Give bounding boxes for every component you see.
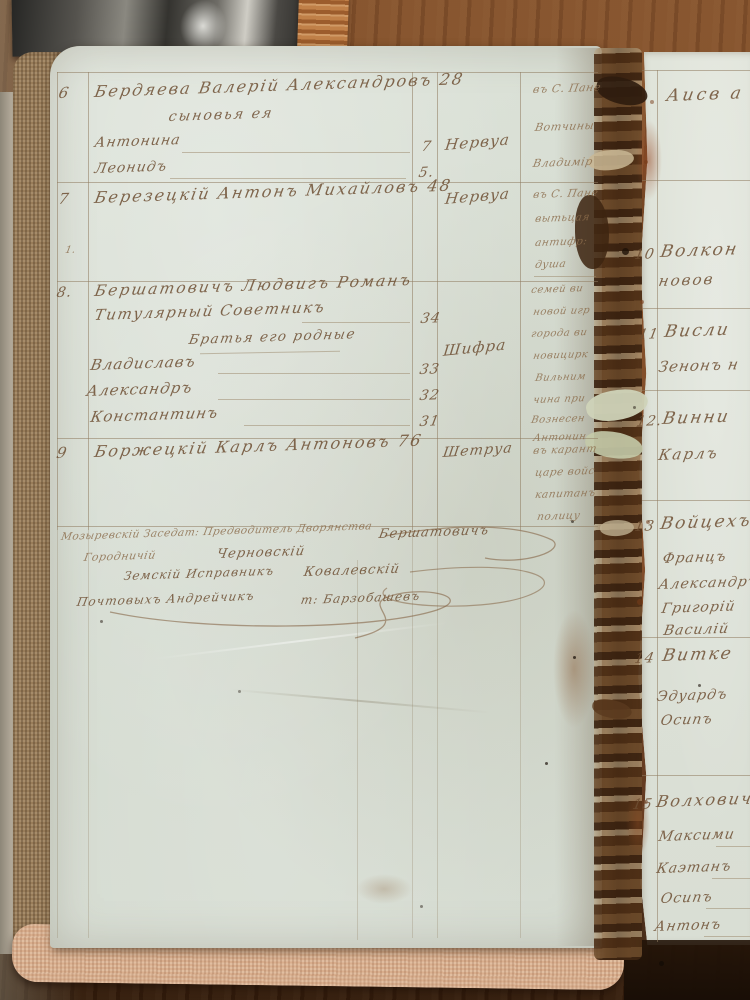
- ruled-dash: [302, 322, 410, 323]
- right-entry-15-line: Волхович: [655, 791, 750, 810]
- entry-6-remark: въ С. Пане: [532, 82, 602, 95]
- entry-8-brother-1: Владиславъ: [89, 354, 197, 373]
- rust-specks: [644, 160, 648, 164]
- signature-flourish: [55, 520, 595, 650]
- entry-8-remark: новой игр: [532, 306, 591, 318]
- right-entry-13-number: 13: [634, 519, 656, 534]
- entry-8-brother-3: Константинъ: [89, 406, 219, 425]
- right-entry-15-number: 15: [632, 797, 654, 812]
- ruled-dash: [534, 276, 596, 277]
- entry-8-age-3: 32: [419, 388, 441, 403]
- right-entry-14-number: 14: [634, 651, 656, 666]
- right-entry-15-line: Осипъ: [660, 890, 715, 906]
- ruled-dash: [704, 936, 750, 937]
- table-rule-h: [642, 70, 750, 71]
- entry-8-remark: семей ви: [530, 284, 584, 296]
- table-rule-h: [57, 72, 598, 73]
- table-rule-h: [642, 500, 750, 501]
- right-entry-12-number: 12.: [636, 414, 664, 429]
- right-entry-14-line: Витке: [661, 646, 734, 665]
- right-entry-10-line: Волкон: [659, 241, 740, 261]
- entry-6-child-2: Леонидъ: [94, 159, 169, 175]
- entry-8-remark: Антонин: [532, 432, 587, 444]
- ruled-dash: [244, 425, 410, 426]
- right-entry-13-line: Францъ: [662, 550, 728, 566]
- entry-9-remark: капитанъ: [534, 488, 596, 501]
- entry-9-remark: въ карант: [532, 444, 598, 457]
- right-entry-13-line: Войцехъ: [659, 513, 750, 533]
- entry-6-remark: Владимір: [532, 156, 594, 169]
- entry-8-age-1: 34: [420, 311, 442, 326]
- right-entry-13-line: Василій: [663, 622, 731, 638]
- entry-8-brother-2: Александръ: [85, 380, 193, 399]
- right-entry-15-line: Антонъ: [654, 918, 723, 934]
- photo-of-register-book: 6 Бердяева Валерій Александровъ 28 сынов…: [0, 0, 750, 1000]
- stain: [636, 120, 662, 200]
- entry-6-remark: Вотчины: [534, 120, 595, 133]
- right-entry-11-line: Зенонъ н: [657, 357, 740, 375]
- entry-7-remark: антифр:: [534, 236, 588, 248]
- table-rule-v: [437, 72, 438, 530]
- right-entry-12-line: Карлъ: [657, 446, 720, 463]
- table-rule-h: [642, 390, 750, 391]
- entry-8-age-2: 33: [419, 362, 441, 377]
- ruled-dash: [218, 399, 410, 400]
- table-rule-v: [88, 72, 89, 530]
- right-entry-10-number: 10: [634, 247, 656, 262]
- entry-8-remark: чина при: [532, 394, 586, 406]
- table-shadow-below-right-page: [624, 940, 750, 1000]
- orange-book-edge: [297, 0, 349, 51]
- entry-8-remark: новицирк: [532, 350, 589, 362]
- right-entry-13-line: Александръ: [658, 575, 750, 592]
- right-entry-14-line: Осипъ: [660, 712, 715, 728]
- entry-8-remark: города ви: [530, 328, 588, 340]
- right-entry-11-line: Висли: [663, 322, 731, 341]
- entry-6-child-1: Антонина: [94, 133, 182, 150]
- entry-7-remark: въ С. Пане: [532, 188, 599, 201]
- right-entry-13-line: Григорій: [661, 599, 737, 616]
- entry-7-remark: душа: [534, 259, 567, 271]
- entry-8-age-4: 31: [419, 414, 441, 429]
- table-rule-h: [642, 308, 750, 309]
- ruled-dash: [706, 908, 750, 909]
- entry-8-remark: Вильним: [534, 372, 587, 384]
- entry-8-number: 8.: [56, 285, 74, 300]
- right-entry-15-line: Максими: [658, 827, 737, 844]
- ink-specks: [573, 656, 576, 659]
- table-rule-h: [642, 180, 750, 181]
- right-entry-10-line: новов: [657, 272, 715, 289]
- ruled-dash: [712, 878, 750, 879]
- entry-7-margin-note: 1.: [64, 246, 76, 256]
- entry-7-remark: вытьцая: [534, 212, 591, 224]
- ruled-dash: [182, 152, 410, 153]
- table-rule-h: [642, 775, 750, 776]
- stain: [356, 874, 412, 904]
- entry-6-subline: сыновья ея: [168, 106, 275, 124]
- table-rule-v: [520, 72, 521, 530]
- right-entry-11-number: 11: [638, 327, 660, 342]
- right-entry-partial-line: Аисв а: [665, 85, 745, 105]
- right-entry-12-line: Винни: [661, 409, 731, 428]
- ruled-dash: [716, 846, 750, 847]
- entry-8-remark: Вознесен: [530, 414, 586, 426]
- table-rule-v: [657, 70, 658, 942]
- ruled-dash: [218, 373, 410, 374]
- entry-9-remark: царе войс: [534, 466, 596, 479]
- right-entry-15-line: Каэтанъ: [656, 859, 733, 876]
- table-rule-v: [412, 72, 413, 530]
- right-entry-14-line: Эдуардъ: [656, 688, 729, 704]
